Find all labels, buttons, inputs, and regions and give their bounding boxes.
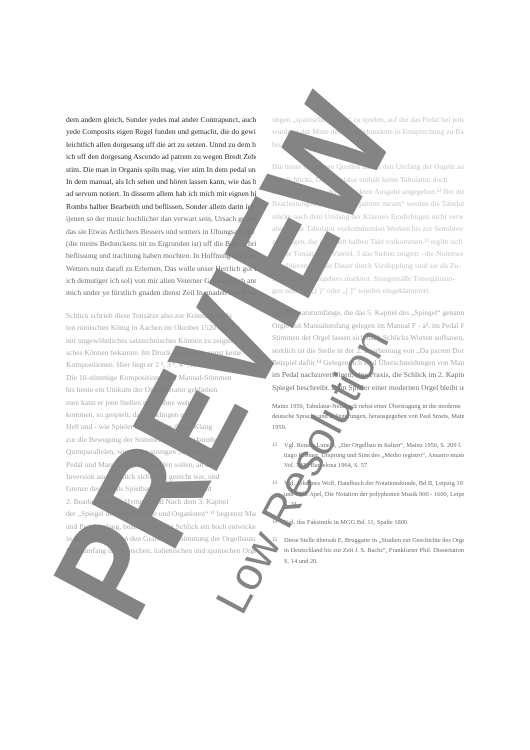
text-line: stücke nach dem Umfang der Klaviere Eind… bbox=[272, 211, 464, 223]
footnote-gap bbox=[272, 471, 464, 479]
footnote-number: 14 bbox=[272, 518, 284, 528]
footnote-gap bbox=[272, 394, 464, 402]
text-line: Stimmen der Orgel lassen sich nach Schli… bbox=[272, 332, 464, 344]
footnote-line: 1959. bbox=[272, 423, 464, 433]
footnote-line: S. 31. bbox=[272, 500, 464, 510]
text-line: wurde in der Mitte des 16. Jahrhunderts … bbox=[272, 126, 464, 138]
text-line: Kompositionen. Hier liegt er 2 ¹, 3 ¹, 4… bbox=[66, 359, 256, 371]
text-line: Beispiel dafür.¹⁴ Gelegentlich sind Über… bbox=[272, 357, 464, 369]
right-text-column: ungen „spanischen Arten“ zu spielen, auf… bbox=[272, 114, 464, 567]
text-line: der „Spiegel der Orgelmacher und Organis… bbox=[66, 508, 256, 520]
footnote-line: tiago Kastner, Ursprung und Sinn des „Me… bbox=[272, 451, 464, 461]
document-page: dem andern gleich, Sunder yedes mal ande… bbox=[0, 0, 530, 750]
paragraph-right-2: Die heute bekannten Quellen lassen den U… bbox=[272, 161, 464, 297]
text-line: sätze des Herausgebers markiert. Sinngem… bbox=[272, 273, 464, 285]
footnote-line: 15Diese Stelle übersah E. Bruggaier in „… bbox=[272, 536, 464, 546]
text-line: dem andern gleich, Sunder yedes mal ande… bbox=[66, 114, 256, 126]
text-line: ijenen so der music hochlicher dan verwa… bbox=[66, 213, 256, 225]
text-line: Die heute bekannten Quellen lassen den U… bbox=[272, 161, 464, 173]
text-line: Schlick schrieb diese Tonsätze also zur … bbox=[66, 310, 256, 322]
footnote-gap bbox=[272, 510, 464, 518]
text-line: zu bringen, die in seinen halben Takt vo… bbox=[272, 236, 464, 248]
text-line: Wetters nutz darafi zu Erlernen, Das wol… bbox=[66, 263, 256, 275]
text-line: stim. Die man in Organis spiln mag, vier… bbox=[66, 164, 256, 176]
text-line: zur die Bewegung der Stimmen deutlich er… bbox=[66, 434, 256, 446]
footnote-text: Vgl. Johannes Wolf, Handbuch der Notatio… bbox=[284, 480, 464, 487]
text-line: leichtlich allen dorgesang uff die art z… bbox=[66, 139, 256, 151]
footnote-line: 14Vgl. das Faksimile in MGG Bd. 11, Spal… bbox=[272, 518, 464, 528]
paragraph-right-3: Die Klaviaturumfänge, die das 5. Kapitel… bbox=[272, 307, 464, 394]
footnote: Mainz 1959, Tabulatur-Neudruck nebst ein… bbox=[272, 402, 464, 433]
text-line: das sie Etwas Artlichers Bessers und son… bbox=[66, 226, 256, 238]
footnote: 12Vgl. Renato Lunelli, „Der Orgelbau in … bbox=[272, 441, 464, 472]
paragraph-right-1: ungen „spanischen Arten“ zu spielen, auf… bbox=[272, 114, 464, 151]
text-line: in dem Schreiben an den Grafen die Stimm… bbox=[66, 533, 256, 545]
footnote: 13Vgl. Johannes Wolf, Handbuch der Notat… bbox=[272, 479, 464, 510]
text-line: mich under ye fürstlich gnaden dienst Ze… bbox=[66, 287, 256, 299]
text-line: sie die Tonsätze im Viertel. 3 das Siebe… bbox=[272, 248, 464, 260]
text-line: Grenze des damals Spielbaren liegt Ende … bbox=[66, 483, 256, 495]
text-line: Pedal und Manual zugleich spielen sollen… bbox=[66, 459, 256, 471]
footnote-gap bbox=[272, 528, 464, 536]
paragraph-left-1: dem andern gleich, Sunder yedes mal ande… bbox=[66, 114, 256, 300]
text-line: bis C erweitert. bbox=[272, 139, 464, 151]
text-line: gen sind mit „( )“ oder „[ ]“ wurden ein… bbox=[272, 285, 464, 297]
footnote-line: und Willi Apel, Die Notation der polypho… bbox=[272, 490, 464, 500]
text-line: (die meins Bedunckens nit zu Ergrunden i… bbox=[66, 238, 256, 250]
paragraph-left-2: Schlick schrieb diese Tonsätze also zur … bbox=[66, 310, 256, 558]
left-text-column: dem andern gleich, Sunder yedes mal ande… bbox=[66, 114, 256, 558]
text-line: und Pedalumfang, bezeugt auch für Schlic… bbox=[66, 521, 256, 533]
text-line: te halbieren, um die Dauer durch Verdopp… bbox=[272, 260, 464, 272]
text-line: ist der Umfang in der gedruckten Ausgabe… bbox=[272, 186, 464, 198]
text-line: aber in der Tabulatur vorkommenden Werke… bbox=[272, 223, 464, 235]
text-line: Zeit Schlicks, Die Tabulatur enthält kei… bbox=[272, 174, 464, 186]
paragraph-gap bbox=[66, 300, 256, 310]
footnote-text: Vgl. das Faksimile in MGG Bd. 11, Spalte… bbox=[284, 519, 409, 526]
text-line: sches Können bekannte. Im Druck wurden s… bbox=[66, 347, 256, 359]
text-line: Rombs halber Bearbeith und beflissen, So… bbox=[66, 201, 256, 213]
footnote-number: 15 bbox=[272, 536, 284, 546]
text-line: nur ungewöhnliches satztechnisches Könne… bbox=[66, 335, 256, 347]
footnote-line: in Deutschland bis zur Zeit J. S. Bachs“… bbox=[272, 546, 464, 556]
text-line: ich uff den dorgesang Ascendo ad patrem … bbox=[66, 151, 256, 163]
footnote: 14Vgl. das Faksimile in MGG Bd. 11, Spal… bbox=[272, 518, 464, 528]
text-line: Pedalumfang der deutschen, italienischen… bbox=[66, 545, 256, 557]
text-line: Die 10-stimmige Komposition mit 4 Manual… bbox=[66, 372, 256, 384]
text-line: Spiegel beschreibt. Dem Spieler einer mo… bbox=[272, 382, 464, 394]
text-line: In dem manual, als Ich sehen und hören l… bbox=[66, 176, 256, 188]
footnote-text: Vgl. Renato Lunelli, „Der Orgelbau in It… bbox=[284, 442, 464, 449]
text-line: Inversion auch Schlick sicherlich gerech… bbox=[66, 471, 256, 483]
footnote-text: Diese Stelle übersah E. Bruggaier in „St… bbox=[284, 537, 464, 544]
text-line: ten römischen König in Aachen im Oktober… bbox=[66, 322, 256, 334]
text-line: beflissung und trachtung haben mochten. … bbox=[66, 250, 256, 262]
text-line: Die Klaviaturumfänge, die das 5. Kapitel… bbox=[272, 307, 464, 319]
footnote-line: Mainz 1959, Tabulatur-Neudruck nebst ein… bbox=[272, 402, 464, 412]
text-line: im Pedal nachzuverfolgen, eine Praxis, d… bbox=[272, 369, 464, 381]
text-line: ad servum notiert. In disserm allem hab … bbox=[66, 188, 256, 200]
footnote: 15Diese Stelle übersah E. Bruggaier in „… bbox=[272, 536, 464, 567]
text-line: Quintparallelen, wie sie im strengen Sat… bbox=[66, 446, 256, 458]
text-line: ich demutiger ich sol) von mir alten Vet… bbox=[66, 275, 256, 287]
text-line: kommen, so gespielt, daß sie klingen und bbox=[66, 409, 256, 421]
footnote-number: 12 bbox=[272, 441, 284, 451]
footnote-line: 12Vgl. Renato Lunelli, „Der Orgelbau in … bbox=[272, 441, 464, 451]
text-line: 2. Bearbeitung des Hymnus und Nach dem 3… bbox=[66, 496, 256, 508]
footnote-line: S. 14 und 20. bbox=[272, 557, 464, 567]
text-line: Bearbeitungen „Ascendo ad patrem meum“ w… bbox=[272, 198, 464, 210]
text-line: men kann er jene Stellen nicht ohne weit… bbox=[66, 397, 256, 409]
text-line: bis heute ein Unikum der Orgelliteratur … bbox=[66, 384, 256, 396]
footnote-line: deutsche Sprache und Erläuterungen, hera… bbox=[272, 412, 464, 422]
footnotes: Mainz 1959, Tabulatur-Neudruck nebst ein… bbox=[272, 402, 464, 567]
text-line: yede Composits eigen Regel funden und ge… bbox=[66, 126, 256, 138]
text-line: Orgel mit Manualumfang gelegen im Manual… bbox=[272, 320, 464, 332]
footnote-line: Vol. XIX, Barcelona 1964, S. 57. bbox=[272, 461, 464, 471]
text-line: ungen „spanischen Arten“ zu spielen, auf… bbox=[272, 114, 464, 126]
text-line: sentlich ist die Stelle in der 2. Bearbe… bbox=[272, 345, 464, 357]
footnote-line: 13Vgl. Johannes Wolf, Handbuch der Notat… bbox=[272, 479, 464, 489]
footnote-number: 13 bbox=[272, 479, 284, 489]
text-line: Hell und - wie Spieler bemerkt - in ihre… bbox=[66, 421, 256, 433]
paragraph-gap bbox=[272, 151, 464, 161]
paragraph-gap bbox=[272, 297, 464, 307]
footnote-gap bbox=[272, 433, 464, 441]
